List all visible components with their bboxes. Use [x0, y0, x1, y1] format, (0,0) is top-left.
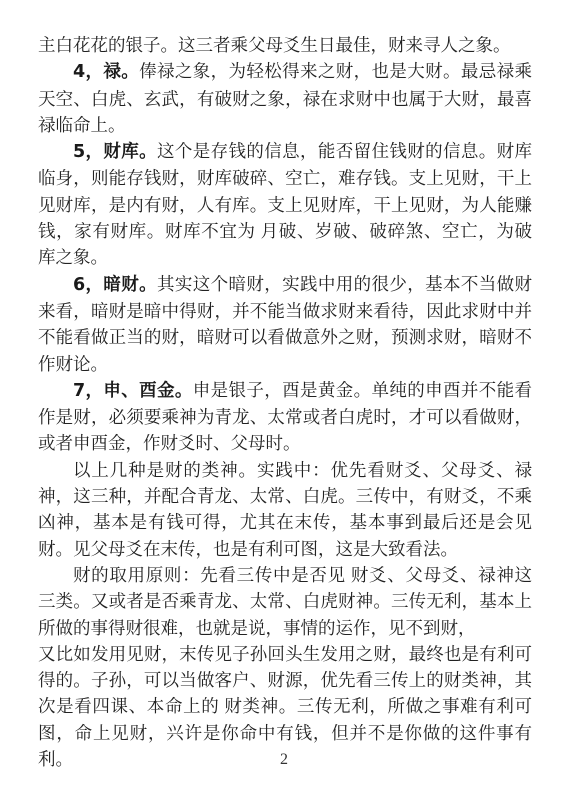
paragraph-summary: 以上几种是财的类神。实践中：优先看财爻、父母爻、禄神，这三种，并配合青龙、太常、… — [38, 457, 532, 562]
paragraph-text: 以上几种是财的类神。实践中：优先看财爻、父母爻、禄神，这三种，并配合青龙、太常、… — [38, 460, 532, 559]
section-caiku: 5，财库。这个是存钱的信息，能否留住钱财的信息。财库临身，则能存钱财，财库破碎、… — [38, 138, 532, 270]
book-page: 主白花花的银子。这三者乘父母爻生日最佳，财来寻人之象。 4，禄。俸禄之象，为轻松… — [0, 0, 568, 792]
paragraph-text: 财的取用原则：先看三传中是否见 财爻、父母爻、禄神这三类。又或者是否乘青龙、太常… — [38, 565, 532, 638]
paragraph-principles: 财的取用原则：先看三传中是否见 财爻、父母爻、禄神这三类。又或者是否乘青龙、太常… — [38, 562, 532, 641]
section-heading-caiku: 5，财库。 — [73, 142, 157, 162]
page-text-block: 主白花花的银子。这三者乘父母爻生日最佳，财来寻人之象。 4，禄。俸禄之象，为轻松… — [38, 32, 532, 772]
section-lu: 4，禄。俸禄之象，为轻松得来之财，也是大财。最忌禄乘天空、白虎、玄武，有破财之象… — [38, 58, 532, 138]
paragraph-text: 主白花花的银子。这三者乘父母爻生日最佳，财来寻人之象。 — [38, 35, 511, 55]
section-shenyoujin: 7，申、酉金。申是银子，酉是黄金。单纯的申酉并不能看作是财，必须要乘神为青龙、太… — [38, 377, 532, 457]
section-ancai: 6，暗财。其实这个暗财，实践中用的很少，基本不当做财来看，暗财是暗中得财，并不能… — [38, 271, 532, 377]
section-heading-shenyoujin: 7，申、酉金。 — [73, 381, 193, 401]
section-heading-ancai: 6，暗财。 — [73, 275, 157, 295]
section-heading-lu: 4，禄。 — [73, 62, 139, 82]
page-number: 2 — [0, 751, 568, 769]
paragraph-continuation: 主白花花的银子。这三者乘父母爻生日最佳，财来寻人之象。 — [38, 32, 532, 58]
